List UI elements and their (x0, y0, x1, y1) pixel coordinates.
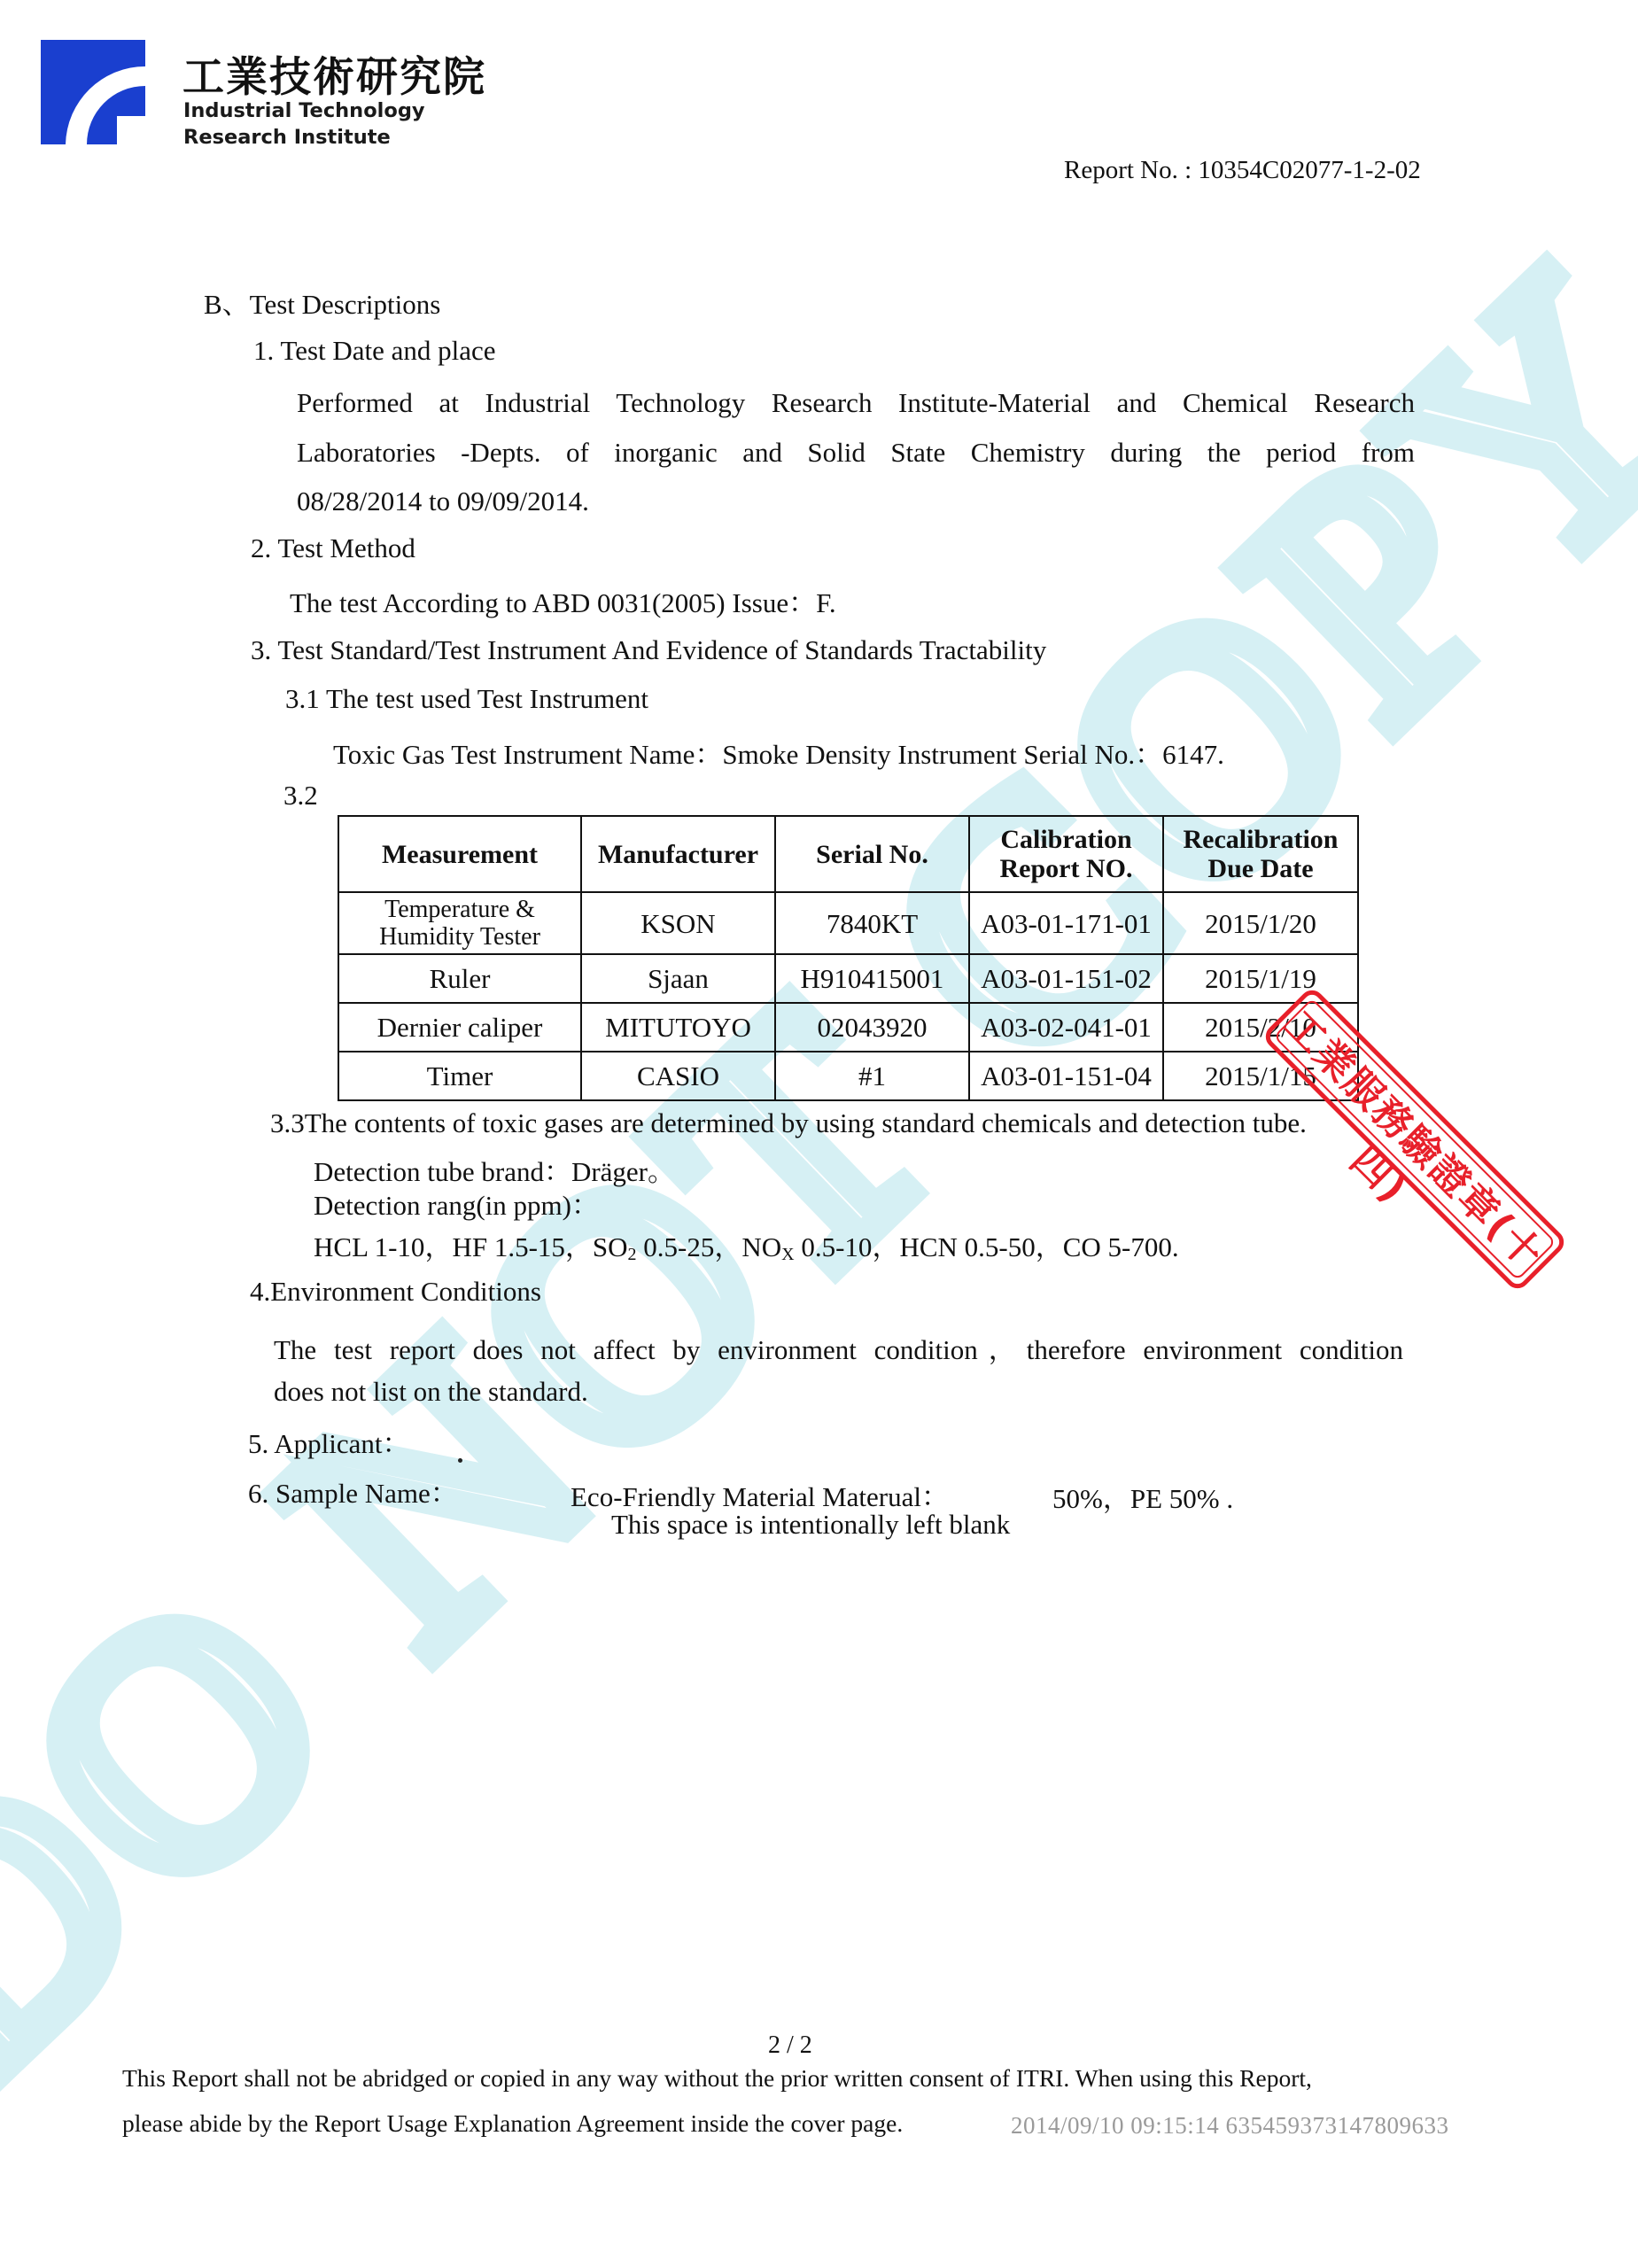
table-header-row: Measurement Manufacturer Serial No. Cali… (338, 816, 1358, 892)
gas-range-item: HCL 1-10 (314, 1231, 424, 1262)
item6-sample-label: 6. Sample Name： (248, 1471, 458, 1511)
org-name-chinese: 工業技術研究院 (182, 44, 486, 104)
blank-space-note: This space is intentionally left blank (611, 1509, 1010, 1541)
item6-composition: 50%，PE 50% . (1052, 1476, 1233, 1516)
cell-measurement-line2: Humidity Tester (341, 923, 578, 951)
instrument-calibration-table: Measurement Manufacturer Serial No. Cali… (338, 815, 1359, 1101)
cell-measurement-line1: Temperature & (341, 896, 578, 923)
item3-2-label: 3.2 (283, 780, 318, 812)
cell-measurement: Temperature & Humidity Tester (338, 892, 581, 954)
header-recalibration-line2: Due Date (1166, 854, 1355, 883)
org-name-en-line2: Research Institute (183, 124, 449, 151)
gas-range-item: SO2 0.5-25 (593, 1231, 714, 1262)
item1-line3: 08/28/2014 to 09/09/2014. (297, 485, 589, 517)
cell-manufacturer: Sjaan (581, 954, 775, 1003)
gas-range-item: HF 1.5-15 (452, 1231, 564, 1262)
cell-report: A03-01-151-02 (969, 954, 1163, 1003)
header-recalibration-date: Recalibration Due Date (1163, 816, 1358, 892)
cell-manufacturer: CASIO (581, 1052, 775, 1100)
gas-range-item: HCN 0.5-50 (899, 1231, 1035, 1262)
table-row: Timer CASIO #1 A03-01-151-04 2015/1/15 (338, 1052, 1358, 1100)
stamp-text: 工業服務驗證章(十四) (1236, 998, 1556, 1318)
header-manufacturer: Manufacturer (581, 816, 775, 892)
table-row: Ruler Sjaan H910415001 A03-01-151-02 201… (338, 954, 1358, 1003)
header-calibration-line2: Report NO. (972, 854, 1161, 883)
header-calibration-report: Calibration Report NO. (969, 816, 1163, 892)
item2-text: The test According to ABD 0031(2005) Iss… (290, 580, 836, 620)
org-name-english: Industrial Technology Research Institute (183, 97, 449, 151)
cell-serial: 7840KT (775, 892, 969, 954)
report-number: Report No. : 10354C02077-1-2-02 (1064, 156, 1421, 185)
page-number: 2 / 2 (768, 2031, 812, 2060)
item1-line1: Performed at Industrial Technology Resea… (297, 387, 1415, 419)
cell-measurement: Ruler (338, 954, 581, 1003)
header-recalibration-line1: Recalibration (1166, 825, 1355, 854)
footer-notice-line2: please abide by the Report Usage Explana… (122, 2109, 903, 2138)
item4-line1: The test report does not affect by envir… (274, 1327, 1403, 1367)
cell-measurement: Timer (338, 1052, 581, 1100)
cell-serial: #1 (775, 1052, 969, 1100)
gas-subscript: 2 (628, 1245, 637, 1264)
header-calibration-line1: Calibration (972, 825, 1161, 854)
item1-line2: Laboratories -Depts. of inorganic and So… (297, 437, 1415, 469)
speck-mark (458, 1458, 462, 1463)
item3-3-text: 3.3The contents of toxic gases are deter… (270, 1107, 1307, 1139)
section-heading: B、Test Descriptions (204, 282, 440, 322)
org-name-en-line1: Industrial Technology (183, 97, 449, 124)
cell-report: A03-01-151-04 (969, 1052, 1163, 1100)
cell-serial: H910415001 (775, 954, 969, 1003)
table-row: Temperature & Humidity Tester KSON 7840K… (338, 892, 1358, 954)
cell-due-date: 2015/1/19 (1163, 954, 1358, 1003)
footer-notice-line1: This Report shall not be abridged or cop… (122, 2064, 1312, 2093)
itri-logo-icon (41, 40, 145, 144)
gas-range-item: CO 5-700. (1063, 1231, 1179, 1262)
item3-1-text: Toxic Gas Test Instrument Name：Smoke Den… (333, 732, 1224, 772)
item5-applicant-label: 5. Applicant： (248, 1421, 410, 1461)
item1-title: 1. Test Date and place (253, 335, 496, 367)
cell-report: A03-02-041-01 (969, 1003, 1163, 1052)
item3-1-title: 3.1 The test used Test Instrument (285, 683, 648, 715)
gas-range-item: NOX 0.5-10 (741, 1231, 872, 1262)
cell-measurement: Dernier caliper (338, 1003, 581, 1052)
cell-due-date: 2015/1/20 (1163, 892, 1358, 954)
detection-range-label: Detection rang(in ppm)： (314, 1183, 599, 1223)
cell-manufacturer: KSON (581, 892, 775, 954)
cell-serial: 02043920 (775, 1003, 969, 1052)
table-row: Dernier caliper MITUTOYO 02043920 A03-02… (338, 1003, 1358, 1052)
item2-title: 2. Test Method (251, 532, 415, 564)
gas-subscript: X (781, 1245, 794, 1264)
item4-title: 4.Environment Conditions (250, 1276, 541, 1308)
item3-title: 3. Test Standard/Test Instrument And Evi… (251, 634, 1046, 666)
header-measurement: Measurement (338, 816, 581, 892)
detection-range-list: HCL 1-10，HF 1.5-15，SO2 0.5-25，NOX 0.5-10… (314, 1224, 1179, 1265)
print-timestamp: 2014/09/10 09:15:14 635459373147809633 (1011, 2112, 1449, 2140)
cell-report: A03-01-171-01 (969, 892, 1163, 954)
header-serial: Serial No. (775, 816, 969, 892)
cell-manufacturer: MITUTOYO (581, 1003, 775, 1052)
certification-stamp: 工業服務驗證章(十四) (1261, 985, 1569, 1293)
item4-line2: does not list on the standard. (274, 1376, 588, 1408)
